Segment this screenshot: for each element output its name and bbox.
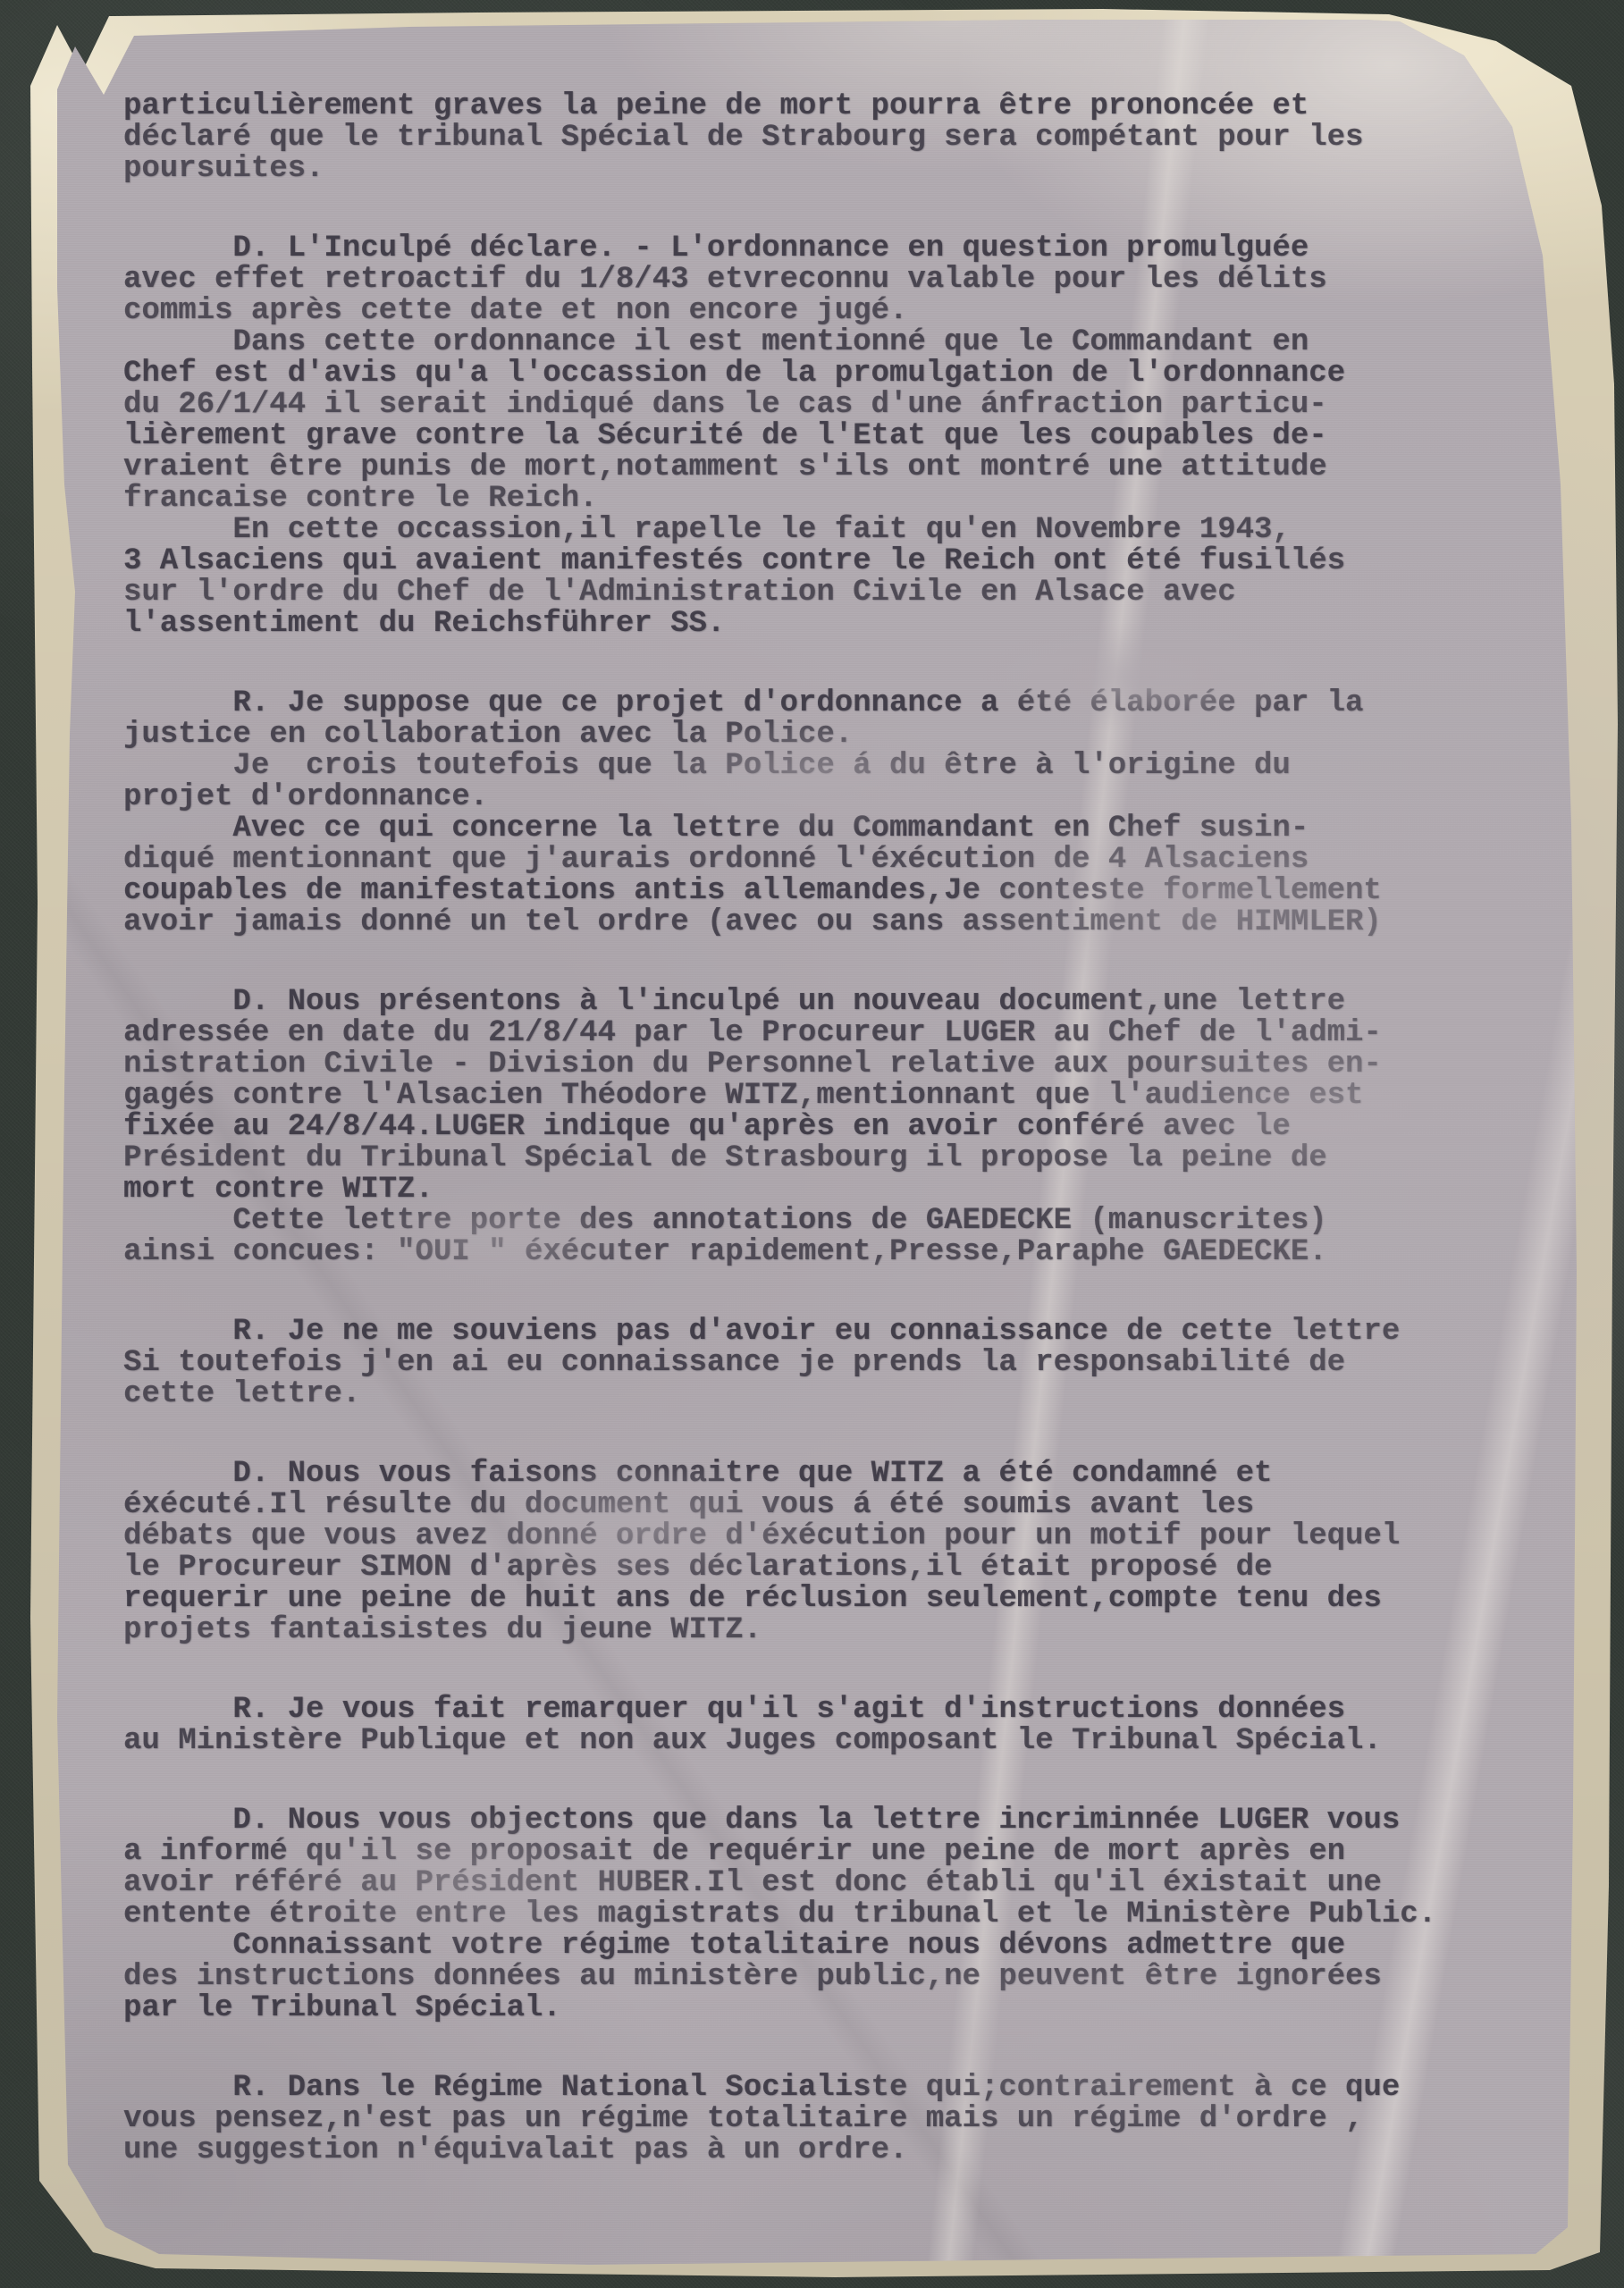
paragraph: R. Je vous fait remarquer qu'il s'agit d… [123, 1695, 1624, 1757]
text-line: éxécuté.Il résulte du document qui vous … [123, 1490, 1624, 1521]
text-line: francaise contre le Reich. [123, 484, 1624, 515]
text-line: au Ministère Publique et non aux Juges c… [123, 1726, 1624, 1757]
text-line: une suggestion n'équivalait pas à un ord… [123, 2135, 1624, 2166]
text-line: Président du Tribunal Spécial de Strasbo… [123, 1143, 1624, 1174]
text-line: déclaré que le tribunal Spécial de Strab… [123, 122, 1624, 154]
text-line: projet d'ordonnance. [123, 782, 1624, 813]
text-line: Connaissant votre régime totalitaire nou… [123, 1930, 1624, 1962]
text-line: gagés contre l'Alsacien Théodore WITZ,me… [123, 1081, 1624, 1112]
text-line: vous pensez,n'est pas un régime totalita… [123, 2104, 1624, 2135]
text-line: justice en collaboration avec la Police. [123, 719, 1624, 751]
text-line: Avec ce qui concerne la lettre du Comman… [123, 813, 1624, 845]
paragraph: D. Nous présentons à l'inculpé un nouvea… [123, 987, 1624, 1268]
text-line: fixée au 24/8/44.LUGER indique qu'après … [123, 1112, 1624, 1143]
paragraph: D. Nous vous faisons connaitre que WITZ … [123, 1459, 1624, 1646]
scan-background: particulièrement graves la peine de mort… [0, 0, 1624, 2288]
text-line: requerir une peine de huit ans de réclus… [123, 1584, 1624, 1615]
text-line: projets fantaisistes du jeune WITZ. [123, 1615, 1624, 1646]
paragraph: D. Nous vous objectons que dans la lettr… [123, 1805, 1624, 2024]
text-line: Chef est d'avis qu'a l'occassion de la p… [123, 358, 1624, 390]
text-line: avoir jamais donné un tel ordre (avec ou… [123, 907, 1624, 938]
text-line: le Procureur SIMON d'après ses déclarati… [123, 1552, 1624, 1584]
text-line: ainsi concues: "OUI " éxécuter rapidemen… [123, 1237, 1624, 1268]
text-line: D. L'Inculpé déclare. - L'ordonnance en … [123, 233, 1624, 265]
text-line: Dans cette ordonnance il est mentionné q… [123, 327, 1624, 358]
text-line: du 26/1/44 il serait indiqué dans le cas… [123, 390, 1624, 421]
text-line: lièrement grave contre la Sécurité de l'… [123, 421, 1624, 452]
typewritten-text: particulièrement graves la peine de mort… [0, 0, 1624, 2288]
text-line: D. Nous présentons à l'inculpé un nouvea… [123, 987, 1624, 1018]
text-line: coupables de manifestations antis allema… [123, 876, 1624, 907]
text-line: R. Je vous fait remarquer qu'il s'agit d… [123, 1695, 1624, 1726]
text-line: débats que vous avez donné ordre d'éxécu… [123, 1521, 1624, 1552]
text-line: sur l'ordre du Chef de l'Administration … [123, 577, 1624, 609]
text-line: avec effet retroactif du 1/8/43 etvrecon… [123, 265, 1624, 296]
text-line: commis après cette date et non encore ju… [123, 296, 1624, 327]
text-line: entente étroite entre les magistrats du … [123, 1899, 1624, 1930]
text-line: D. Nous vous faisons connaitre que WITZ … [123, 1459, 1624, 1490]
text-line: vraient être punis de mort,notamment s'i… [123, 452, 1624, 484]
paragraph: R. Je suppose que ce projet d'ordonnance… [123, 688, 1624, 938]
text-line: avoir référé au Président HUBER.Il est d… [123, 1868, 1624, 1899]
text-line: R. Je suppose que ce projet d'ordonnance… [123, 688, 1624, 719]
text-line: a informé qu'il se proposait de requérir… [123, 1837, 1624, 1868]
text-line: Je crois toutefois que la Police á du êt… [123, 751, 1624, 782]
paragraph: D. L'Inculpé déclare. - L'ordonnance en … [123, 233, 1624, 640]
text-line: poursuites. [123, 154, 1624, 185]
paragraph: R. Dans le Régime National Socialiste qu… [123, 2073, 1624, 2166]
paragraph: R. Je ne me souviens pas d'avoir eu conn… [123, 1316, 1624, 1410]
text-line: 3 Alsaciens qui avaient manifestés contr… [123, 546, 1624, 577]
text-line: En cette occassion,il rapelle le fait qu… [123, 515, 1624, 546]
text-line: diqué mentionnant que j'aurais ordonné l… [123, 845, 1624, 876]
text-line: D. Nous vous objectons que dans la lettr… [123, 1805, 1624, 1837]
text-line: par le Tribunal Spécial. [123, 1993, 1624, 2024]
text-line: R. Je ne me souviens pas d'avoir eu conn… [123, 1316, 1624, 1348]
text-line: Cette lettre porte des annotations de GA… [123, 1206, 1624, 1237]
text-line: nistration Civile - Division du Personne… [123, 1049, 1624, 1081]
text-line: Si toutefois j'en ai eu connaissance je … [123, 1348, 1624, 1379]
text-line: adressée en date du 21/8/44 par le Procu… [123, 1018, 1624, 1049]
text-line: mort contre WITZ. [123, 1174, 1624, 1206]
text-line: des instructions données au ministère pu… [123, 1962, 1624, 1993]
text-line: cette lettre. [123, 1379, 1624, 1410]
text-line: particulièrement graves la peine de mort… [123, 91, 1624, 122]
paragraph: particulièrement graves la peine de mort… [123, 91, 1624, 185]
text-line: l'assentiment du Reichsführer SS. [123, 609, 1624, 640]
text-line: R. Dans le Régime National Socialiste qu… [123, 2073, 1624, 2104]
